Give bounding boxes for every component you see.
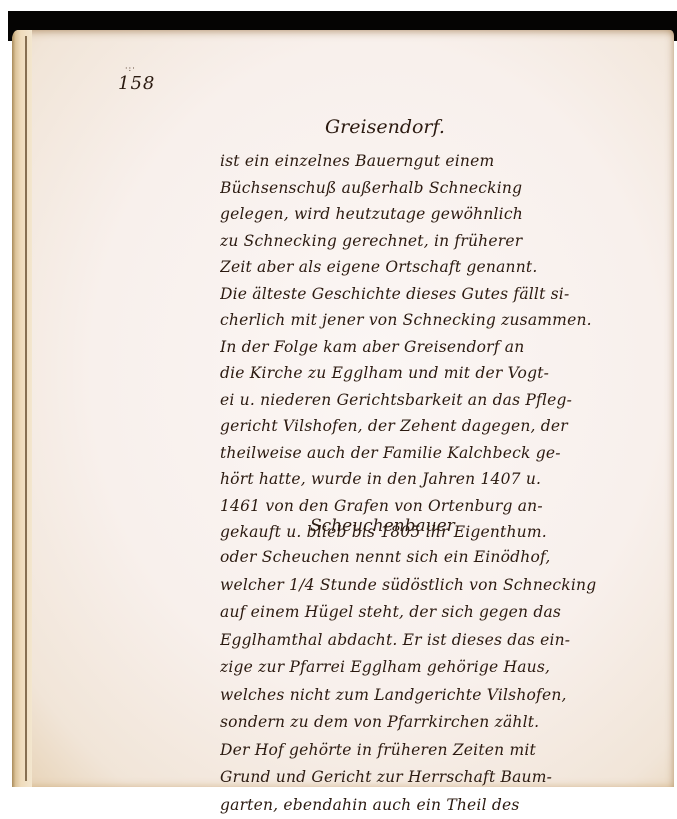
section-body-scheuchenbauer: oder Scheuchen nennt sich ein Einödhof, … — [220, 544, 665, 800]
page-number-marks: ·:· — [125, 64, 136, 73]
scan-frame: ·:· 158 Greisendorf. ist ein einzelnes B… — [0, 0, 677, 800]
text-line: Zeit aber als eigene Ortschaft genannt. — [220, 254, 665, 281]
text-line: theilweise auch der Familie Kalchbeck ge… — [220, 440, 665, 467]
text-line: Grund und Gericht zur Herrschaft Baum- — [220, 764, 665, 792]
section-body-greisendorf: ist ein einzelnes Bauerngut einem Büchse… — [220, 148, 665, 546]
section-title-greisendorf: Greisendorf. — [325, 116, 445, 138]
page-binding-edge — [12, 30, 32, 787]
text-line: welcher 1/4 Stunde südöstlich von Schnec… — [220, 572, 665, 600]
text-line: Egglhamthal abdacht. Er ist dieses das e… — [220, 627, 665, 655]
text-line: Büchsenschuß außerhalb Schnecking — [220, 175, 665, 202]
text-line: zige zur Pfarrei Egglham gehörige Haus, — [220, 654, 665, 682]
section-title-scheuchenbauer: Scheuchenbauer — [310, 516, 455, 536]
text-line: gericht Vilshofen, der Zehent dagegen, d… — [220, 413, 665, 440]
text-line: Der Hof gehörte in früheren Zeiten mit — [220, 737, 665, 765]
text-line: cherlich mit jener von Schnecking zusamm… — [220, 307, 665, 334]
text-line: oder Scheuchen nennt sich ein Einödhof, — [220, 544, 665, 572]
text-line: ist ein einzelnes Bauerngut einem — [220, 148, 665, 175]
text-line: welches nicht zum Landgerichte Vilshofen… — [220, 682, 665, 710]
text-line: Die älteste Geschichte dieses Gutes fäll… — [220, 281, 665, 308]
text-line: hört hatte, wurde in den Jahren 1407 u. — [220, 466, 665, 493]
text-line: garten, ebendahin auch ein Theil des — [220, 792, 665, 801]
text-line: ei u. niederen Gerichtsbarkeit an das Pf… — [220, 387, 665, 414]
page-number: 158 — [118, 73, 155, 94]
text-line: die Kirche zu Egglham und mit der Vogt- — [220, 360, 665, 387]
text-line: sondern zu dem von Pfarrkirchen zählt. — [220, 709, 665, 737]
text-line: In der Folge kam aber Greisendorf an — [220, 334, 665, 361]
text-line: zu Schnecking gerechnet, in früherer — [220, 228, 665, 255]
text-line: gelegen, wird heutzutage gewöhnlich — [220, 201, 665, 228]
text-line: auf einem Hügel steht, der sich gegen da… — [220, 599, 665, 627]
